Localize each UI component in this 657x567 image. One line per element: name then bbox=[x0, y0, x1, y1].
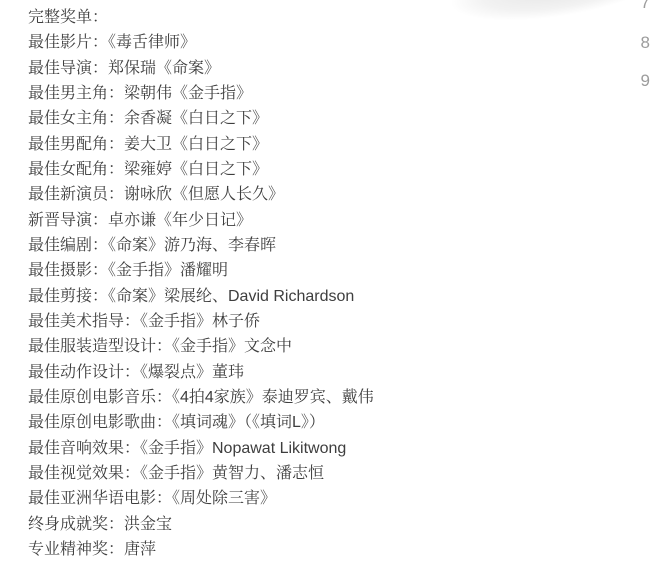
award-line: 最佳剪接：《命案》梁展纶、David Richardson bbox=[28, 284, 568, 309]
award-line: 最佳女配角：梁雍婷《白日之下》 bbox=[28, 157, 568, 182]
award-line: 最佳导演：郑保瑞《命案》 bbox=[28, 56, 568, 81]
award-line: 最佳男主角：梁朝伟《金手指》 bbox=[28, 81, 568, 106]
award-list-heading: 完整奖单： bbox=[28, 5, 568, 30]
award-line: 最佳动作设计：《爆裂点》董玮 bbox=[28, 360, 568, 385]
sidebar-rank-item-8[interactable]: 8 bbox=[630, 33, 650, 53]
award-line: 专业精神奖：唐萍 bbox=[28, 537, 568, 562]
award-line: 最佳新演员：谢咏欣《但愿人长久》 bbox=[28, 182, 568, 207]
award-line: 最佳摄影：《金手指》潘耀明 bbox=[28, 258, 568, 283]
article-page: 完整奖单： 最佳影片：《毒舌律师》 最佳导演：郑保瑞《命案》 最佳男主角：梁朝伟… bbox=[0, 0, 657, 567]
sidebar-rank-rail: 7 8 9 bbox=[631, 0, 657, 120]
award-list: 完整奖单： 最佳影片：《毒舌律师》 最佳导演：郑保瑞《命案》 最佳男主角：梁朝伟… bbox=[28, 5, 568, 562]
award-line: 最佳视觉效果：《金手指》黄智力、潘志恒 bbox=[28, 461, 568, 486]
award-line: 最佳原创电影歌曲：《填词魂》（《填词L》） bbox=[28, 410, 568, 435]
sidebar-rank-item-9[interactable]: 9 bbox=[630, 71, 650, 91]
award-line: 新晋导演：卓亦谦《年少日记》 bbox=[28, 208, 568, 233]
award-line: 最佳女主角：余香凝《白日之下》 bbox=[28, 106, 568, 131]
award-line: 最佳男配角：姜大卫《白日之下》 bbox=[28, 132, 568, 157]
award-line: 终身成就奖：洪金宝 bbox=[28, 512, 568, 537]
award-line: 最佳影片：《毒舌律师》 bbox=[28, 30, 568, 55]
award-line: 最佳编剧：《命案》游乃海、李春晖 bbox=[28, 233, 568, 258]
sidebar-rank-item-7[interactable]: 7 bbox=[630, 0, 650, 13]
award-line: 最佳原创电影音乐：《4拍4家族》泰迪罗宾、戴伟 bbox=[28, 385, 568, 410]
award-line: 最佳美术指导：《金手指》林子侨 bbox=[28, 309, 568, 334]
award-line: 最佳服装造型设计：《金手指》文念中 bbox=[28, 334, 568, 359]
award-line: 最佳音响效果：《金手指》Nopawat Likitwong bbox=[28, 436, 568, 461]
award-line: 最佳亚洲华语电影：《周处除三害》 bbox=[28, 486, 568, 511]
